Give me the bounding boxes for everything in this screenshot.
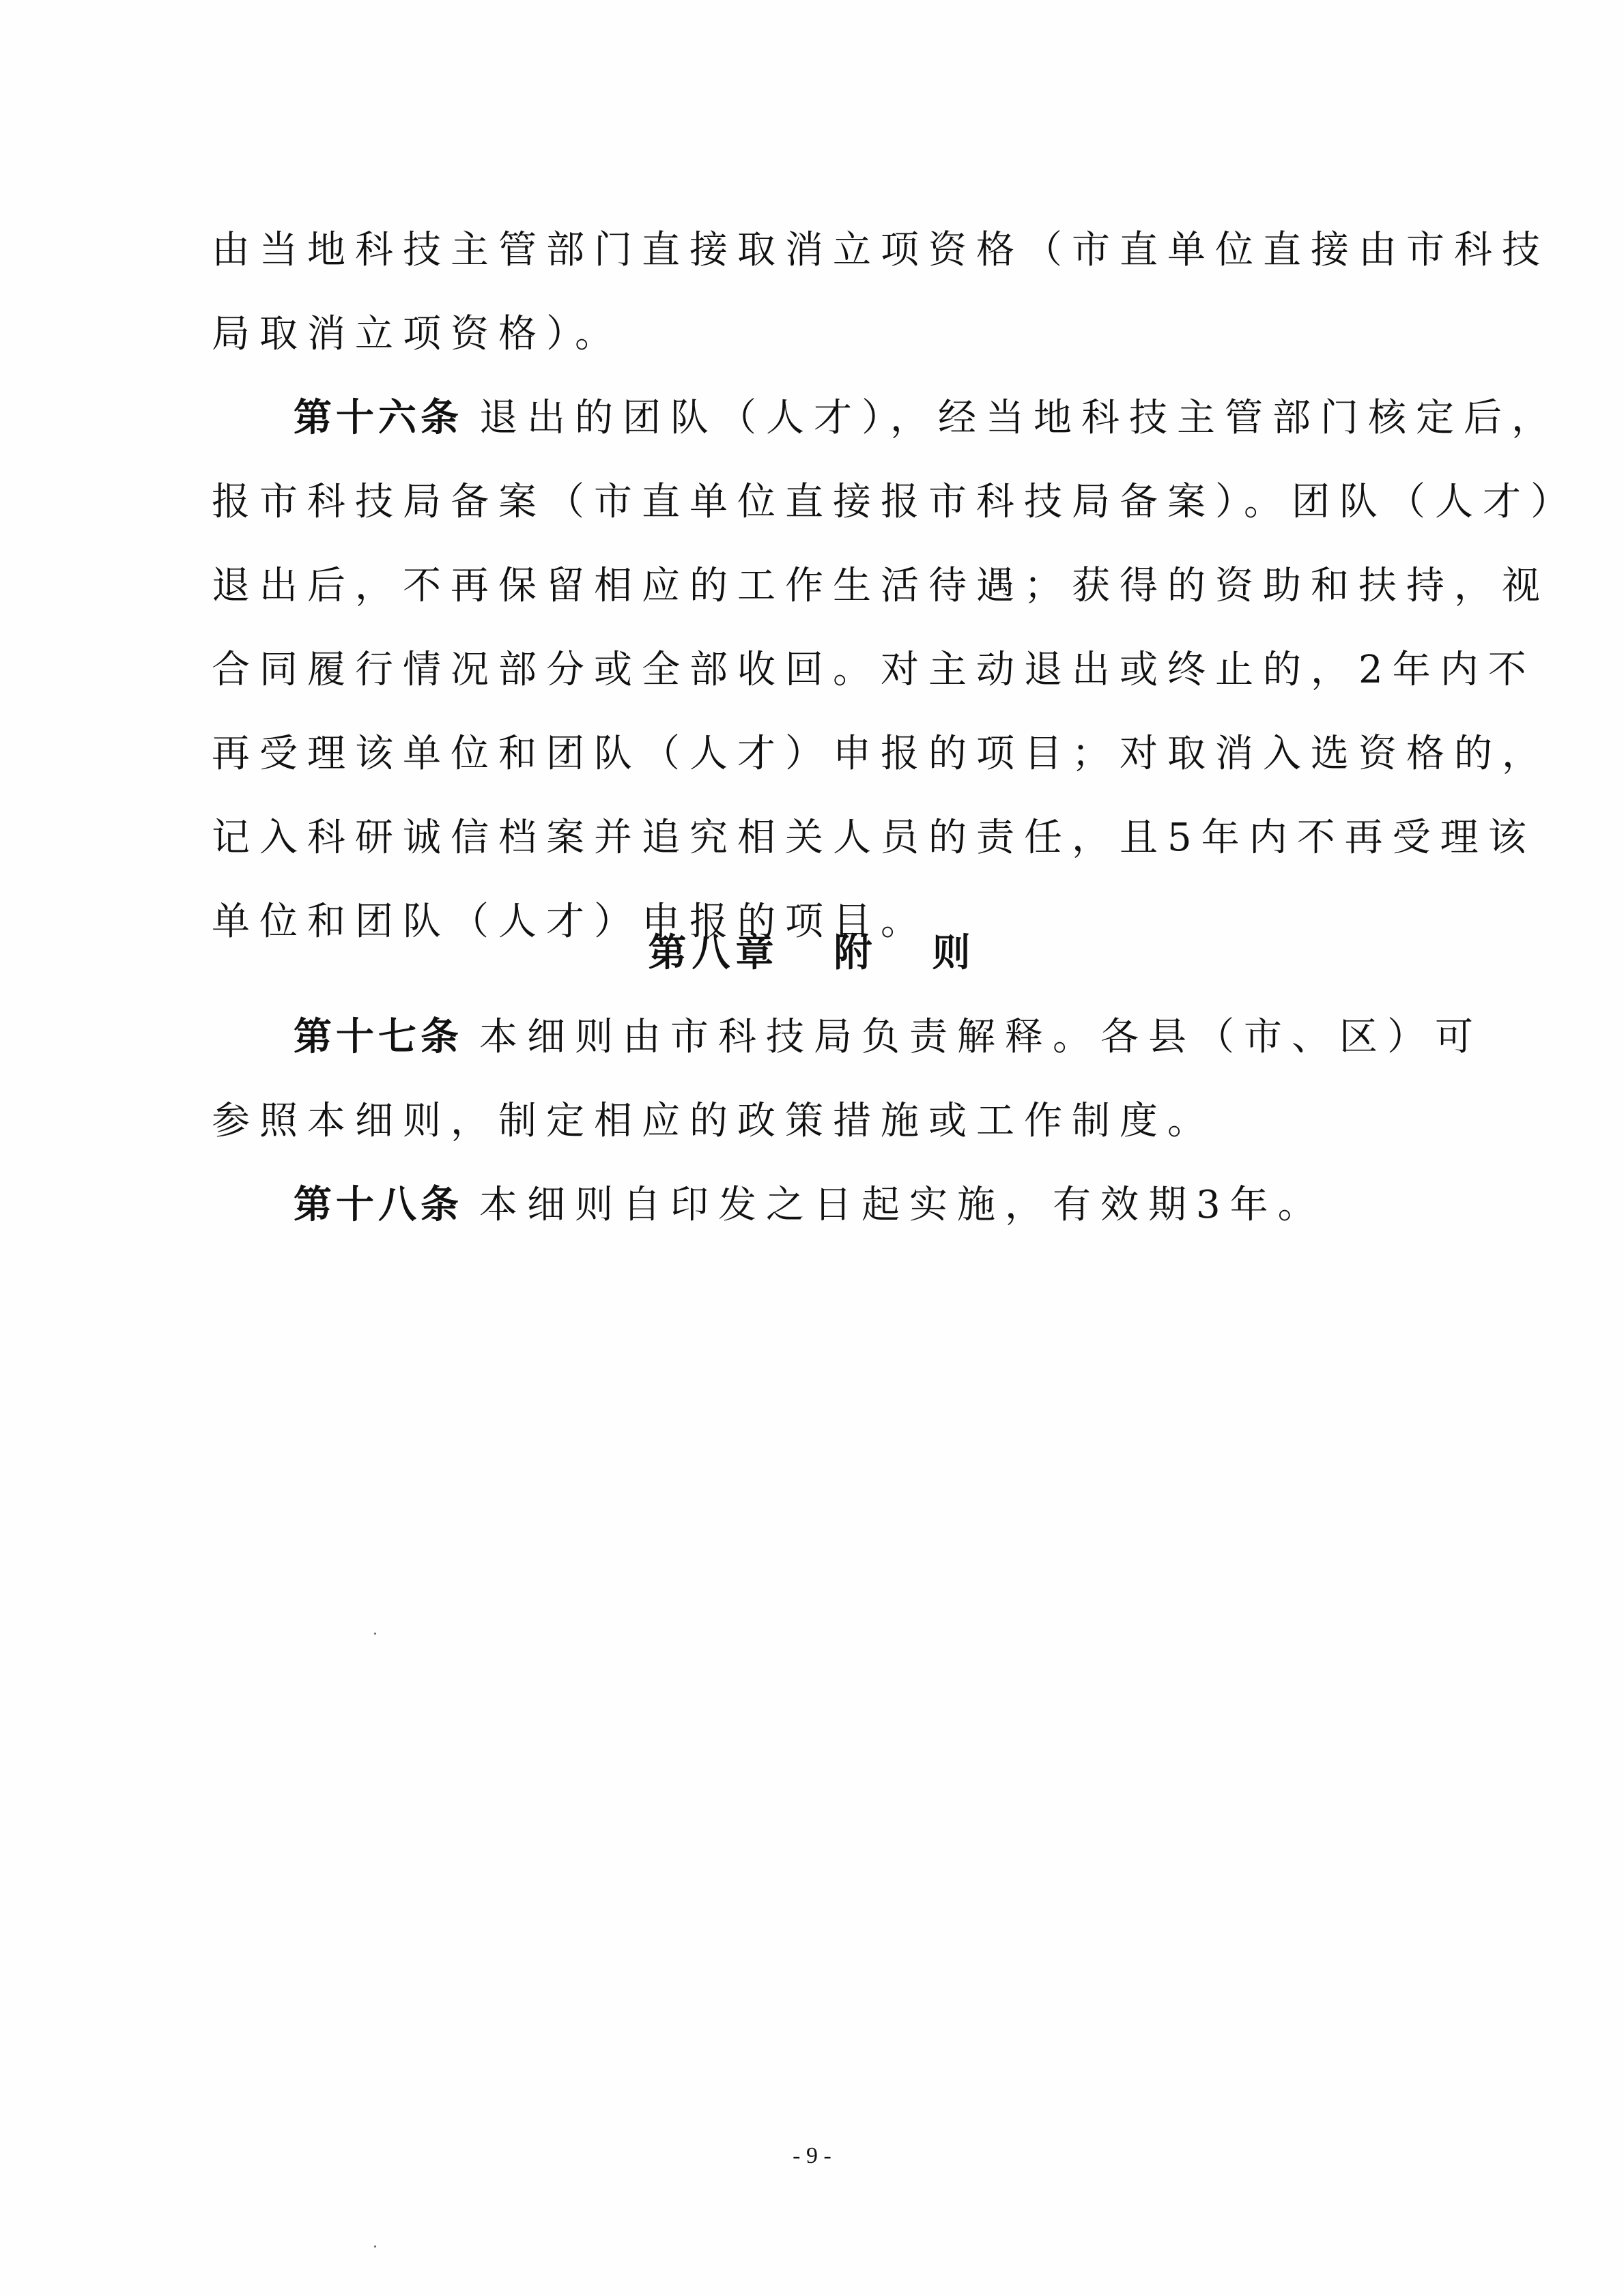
continuation-paragraph: 由当地科技主管部门直接取消立项资格（市直单位直接由市科技 局取消立项资格）。 bbox=[212, 208, 1447, 376]
scan-speck bbox=[374, 1633, 376, 1635]
article-18: 第十八条本细则自印发之日起实施，有效期3年。 bbox=[212, 1163, 1447, 1247]
text-line: 参照本细则，制定相应的政策措施或工作制度。 bbox=[212, 1079, 1447, 1163]
text-line: 第十六条退出的团队（人才），经当地科技主管部门核定后， bbox=[212, 376, 1447, 460]
text-line: 记入科研诚信档案并追究相关人员的责任，且5年内不再受理该 bbox=[212, 796, 1447, 880]
article-label: 第十七条 bbox=[294, 1015, 463, 1059]
article-16: 第十六条退出的团队（人才），经当地科技主管部门核定后， 报市科技局备案（市直单位… bbox=[212, 376, 1447, 964]
article-17: 第十七条本细则由市科技局负责解释。各县（市、区）可 参照本细则，制定相应的政策措… bbox=[212, 995, 1447, 1163]
text-line: 第十八条本细则自印发之日起实施，有效期3年。 bbox=[212, 1163, 1447, 1247]
text-line: 由当地科技主管部门直接取消立项资格（市直单位直接由市科技 bbox=[212, 208, 1447, 292]
text-line: 局取消立项资格）。 bbox=[212, 292, 1447, 376]
chapter-heading: 第八章附则 bbox=[0, 911, 1624, 995]
text-line: 第十七条本细则由市科技局负责解释。各县（市、区）可 bbox=[212, 995, 1447, 1079]
text-line: 合同履行情况部分或全部收回。对主动退出或终止的，2年内不 bbox=[212, 628, 1447, 712]
article-label: 第十六条 bbox=[294, 396, 463, 440]
text-segment: 本细则自印发之日起实施，有效期3年。 bbox=[479, 1183, 1326, 1227]
text-segment: 本细则由市科技局负责解释。各县（市、区）可 bbox=[479, 1015, 1483, 1059]
article-label: 第十八条 bbox=[294, 1183, 463, 1227]
text-line: 退出后，不再保留相应的工作生活待遇；获得的资助和扶持，视 bbox=[212, 544, 1447, 628]
chapter-title-part: 附 bbox=[834, 931, 878, 975]
document-page: 由当地科技主管部门直接取消立项资格（市直单位直接由市科技 局取消立项资格）。 第… bbox=[0, 0, 1624, 2296]
chapter-title-part: 则 bbox=[932, 931, 976, 975]
text-segment: 退出的团队（人才），经当地科技主管部门核定后， bbox=[479, 396, 1559, 440]
scan-speck bbox=[374, 2245, 376, 2248]
text-line: 报市科技局备案（市直单位直接报市科技局备案）。团队（人才） bbox=[212, 460, 1447, 544]
page-number: - 9 - bbox=[0, 2143, 1624, 2169]
text-line: 再受理该单位和团队（人才）申报的项目；对取消入选资格的， bbox=[212, 712, 1447, 796]
chapter-number: 第八章 bbox=[649, 931, 780, 975]
